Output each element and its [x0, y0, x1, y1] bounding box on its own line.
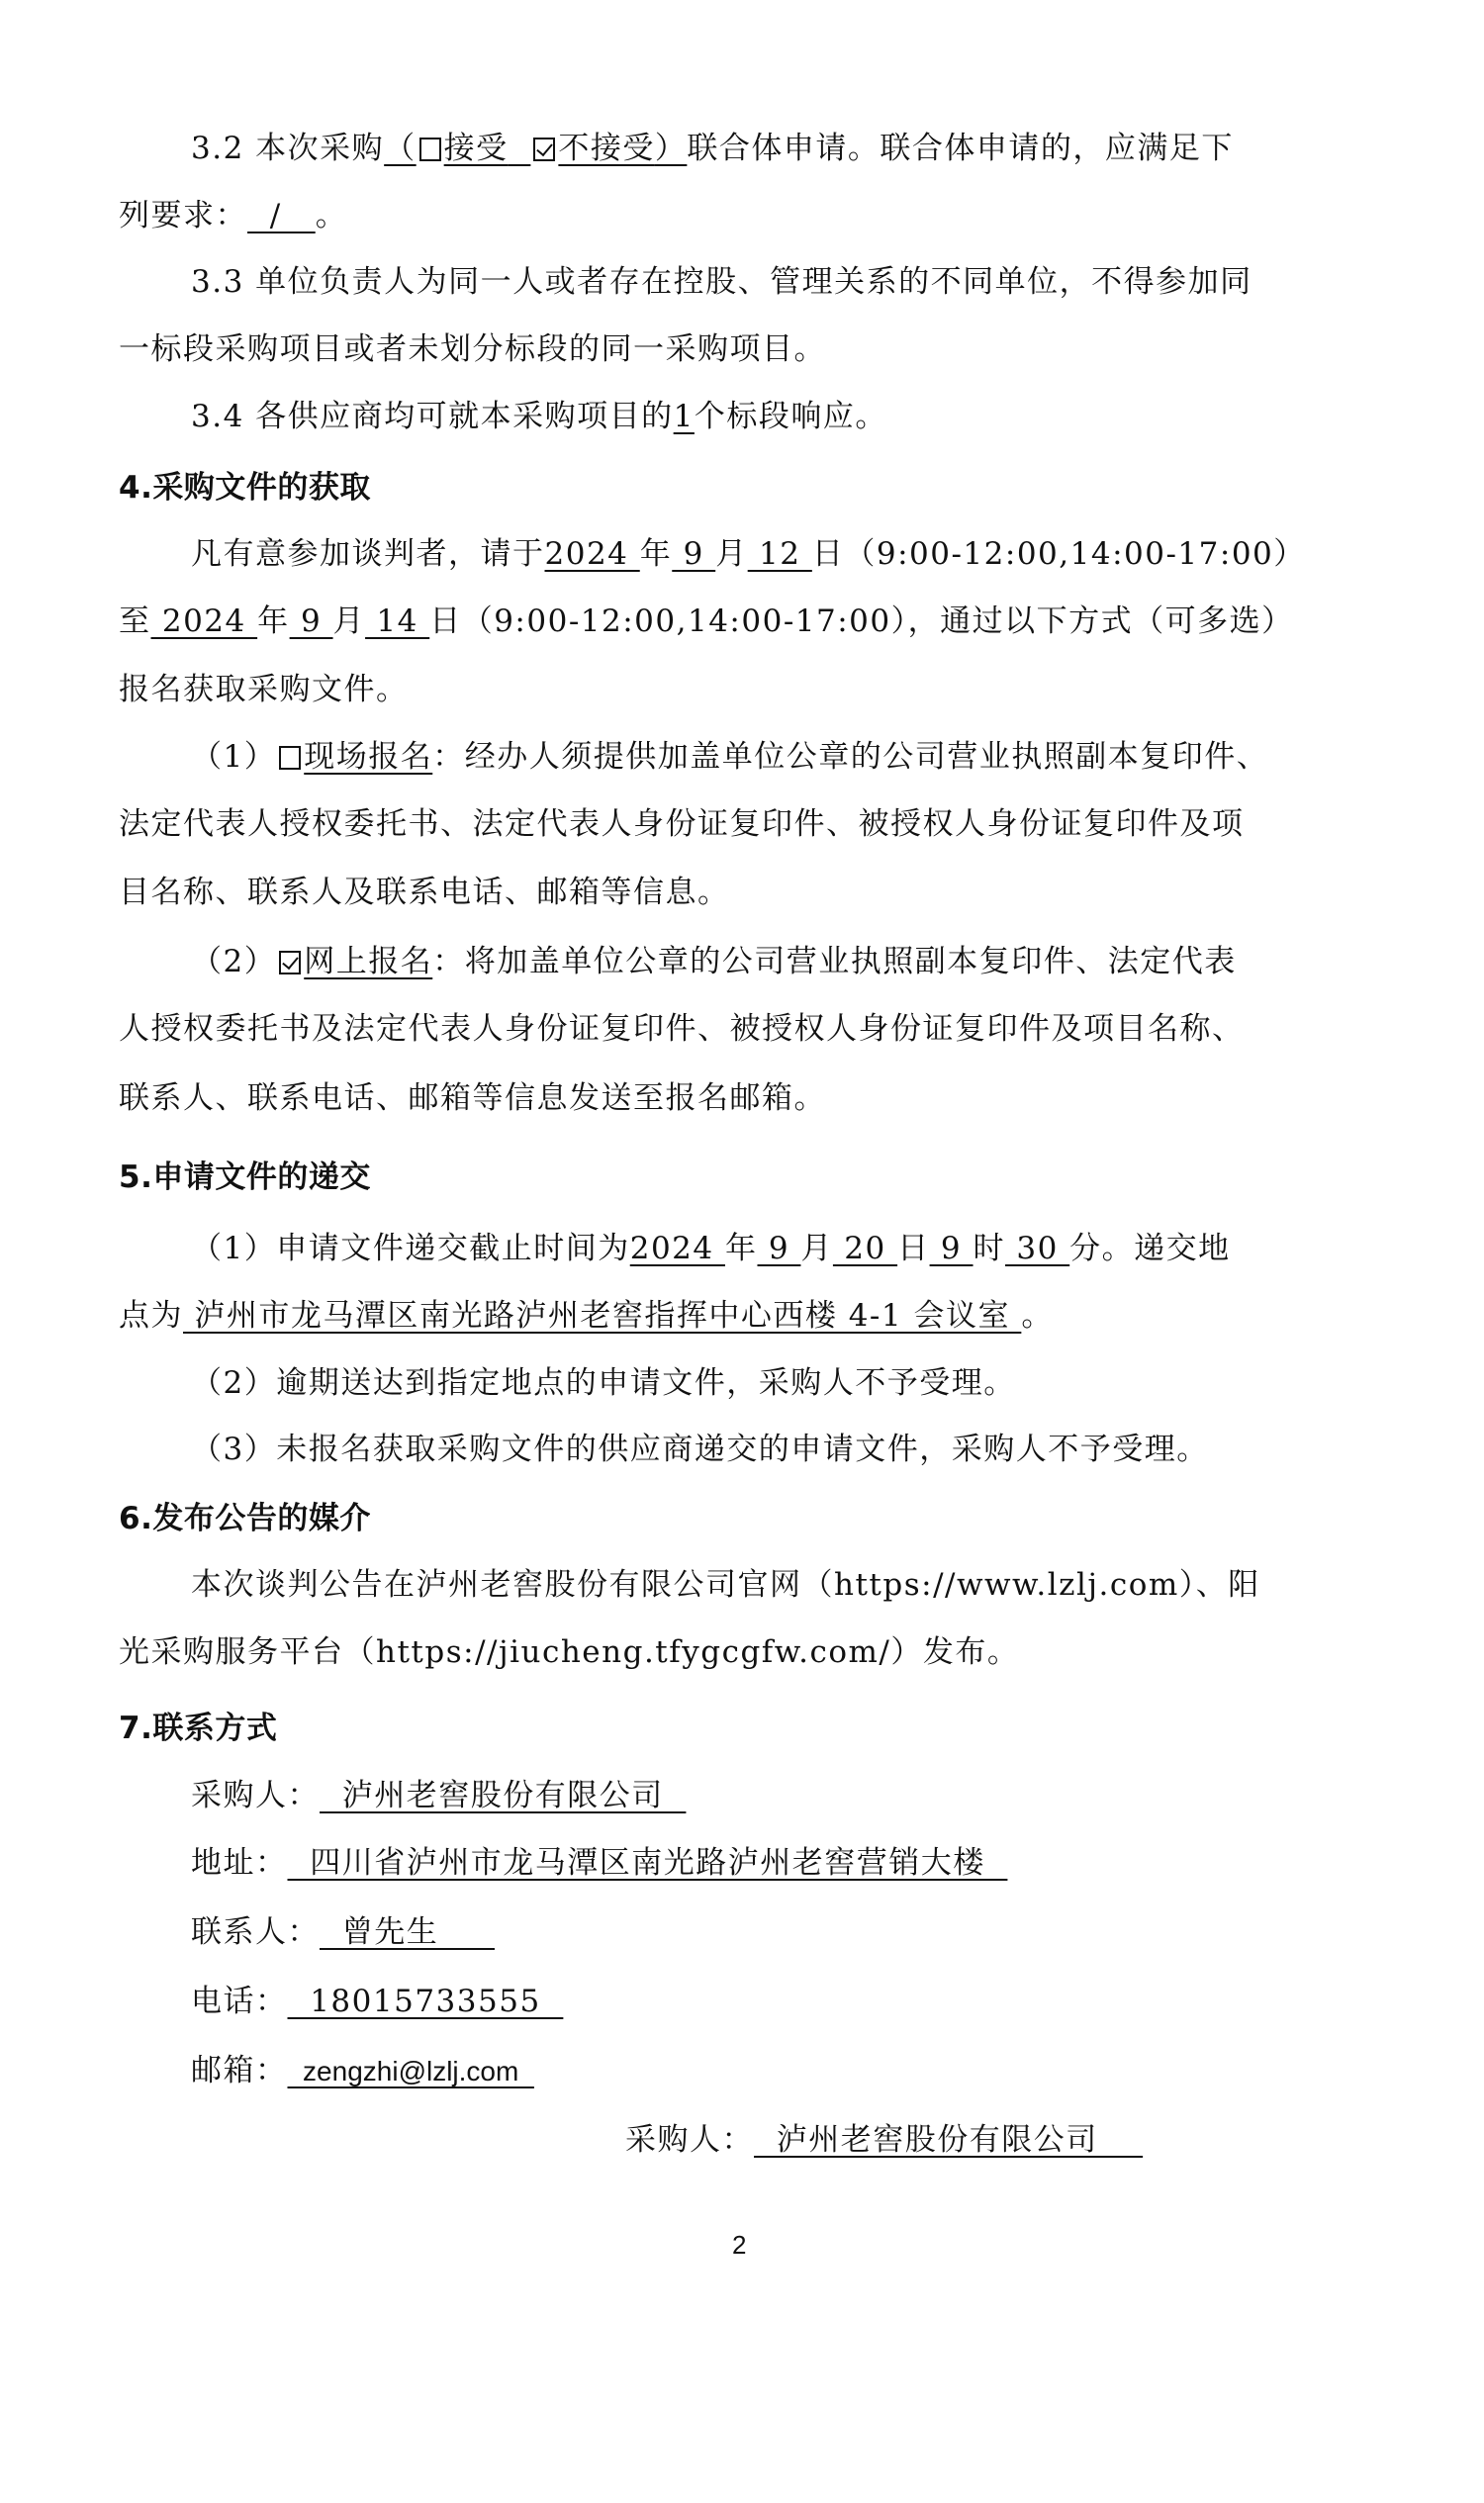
- para-3-2-line1: 3.2 本次采购（接受 不接受）联合体申请。联合体申请的，应满足下: [0, 127, 1484, 170]
- submission-location: 泸州市龙马潭区南光路泸州老窖指挥中心西楼 4-1 会议室: [183, 1298, 1021, 1334]
- deadline-prefix: （1）申请文件递交截止时间为: [191, 1231, 630, 1266]
- deadline-day: 20: [833, 1231, 897, 1266]
- media-line2: 光采购服务平台（https://jiucheng.tfygcgfw.com/）发…: [0, 1630, 1484, 1674]
- section-4-heading: 4.采购文件的获取: [0, 466, 1484, 510]
- end-hours-and-methods: （9:00-12:00,14:00-17:00），通过以下方式（可多选）: [462, 603, 1294, 639]
- year-label: 年: [640, 536, 673, 572]
- minute-label: 分。递交地: [1069, 1231, 1231, 1266]
- signature-line: 采购人： 泸州老窖股份有限公司: [0, 2118, 1484, 2162]
- onsite-registration-line2: 法定代表人授权委托书、法定代表人身份证复印件、被授权人身份证复印件及项: [0, 802, 1484, 846]
- deadline-month: 9: [757, 1231, 800, 1266]
- online-label: 网上报名: [304, 944, 432, 979]
- checkbox-reject-checked-icon: [533, 138, 555, 161]
- section-6-heading: 6.发布公告的媒介: [0, 1497, 1484, 1540]
- contact-email: 邮箱： zengzhi@lzlj.com: [0, 2049, 1484, 2092]
- onsite-text3: 目名称、联系人及联系电话、邮箱等信息。: [119, 871, 730, 914]
- start-day: 12: [748, 536, 812, 572]
- contact-value: 曾先生: [320, 1914, 495, 1950]
- requirements-value: /: [247, 198, 316, 233]
- contact-label: 联系人：: [191, 1914, 320, 1950]
- para-3-4-prefix: 3.4 各供应商均可就本采购项目的: [191, 399, 674, 434]
- paren-open: （: [384, 131, 417, 166]
- checkbox-onsite-icon: [279, 746, 301, 770]
- media-line1: 本次谈判公告在泸州老窖股份有限公司官网（https://www.lzlj.com…: [0, 1563, 1484, 1607]
- contact-address: 地址： 四川省泸州市龙马潭区南光路泸州老窖营销大楼: [0, 1841, 1484, 1885]
- end-month: 9: [290, 603, 333, 639]
- contact-value: 四川省泸州市龙马潭区南光路泸州老窖营销大楼: [288, 1845, 1008, 1881]
- intro-prefix: 凡有意参加谈判者，请于: [191, 536, 545, 572]
- paren-close: ）: [655, 131, 688, 166]
- end-year: 2024: [151, 603, 258, 639]
- hour-label: 时: [974, 1231, 1006, 1266]
- sec4-intro-line3: 报名获取采购文件。: [0, 668, 1484, 711]
- para-3-3-text2: 一标段采购项目或者未划分标段的同一采购项目。: [119, 327, 826, 371]
- checkbox-online-checked-icon: [279, 951, 301, 974]
- contact-phone: 电话： 18015733555: [0, 1980, 1484, 2023]
- contact-value: 18015733555: [288, 1984, 564, 2019]
- online-num: （2）: [191, 944, 276, 979]
- consortium-options: （接受 不接受）: [384, 131, 687, 166]
- para-3-3-text1: 3.3 单位负责人为同一人或者存在控股、管理关系的不同单位，不得参加同: [191, 260, 1252, 304]
- onsite-label: 现场报名: [304, 739, 432, 775]
- para-3-4-suffix: 个标段响应。: [695, 399, 887, 434]
- onsite-registration-option: 现场报名: [276, 739, 432, 775]
- year-label: 年: [725, 1231, 758, 1266]
- checkbox-accept-icon: [419, 138, 441, 161]
- submission-location-line: 点为 泸州市龙马潭区南光路泸州老窖指挥中心西楼 4-1 会议室 。: [0, 1294, 1484, 1338]
- para-3-2-prefix: 3.2 本次采购: [191, 131, 384, 166]
- month-label: 月: [715, 536, 748, 572]
- submission-item3-text: （3）未报名获取采购文件的供应商递交的申请文件，采购人不予受理。: [191, 1428, 1209, 1471]
- onsite-registration-line3: 目名称、联系人及联系电话、邮箱等信息。: [0, 871, 1484, 914]
- contact-purchaser: 采购人： 泸州老窖股份有限公司: [0, 1774, 1484, 1817]
- deadline-year: 2024: [630, 1231, 725, 1266]
- requirements-label: 列要求：: [119, 198, 247, 233]
- start-hours: （9:00-12:00,14:00-17:00）: [844, 536, 1305, 572]
- media-text1: 本次谈判公告在泸州老窖股份有限公司官网（https://www.lzlj.com…: [191, 1563, 1260, 1607]
- period: 。: [1021, 1298, 1054, 1334]
- signature-value: 泸州老窖股份有限公司: [754, 2122, 1143, 2158]
- start-year: 2024: [545, 536, 640, 572]
- online-text2: 人授权委托书及法定代表人身份证复印件、被授权人身份证复印件及项目名称、: [119, 1007, 1245, 1051]
- online-text3: 联系人、联系电话、邮箱等信息发送至报名邮箱。: [119, 1076, 826, 1120]
- contact-label: 地址：: [191, 1845, 288, 1881]
- onsite-num: （1）: [191, 739, 276, 775]
- section-5-heading: 5.申请文件的递交: [0, 1156, 1484, 1199]
- day-label: 日: [897, 1231, 930, 1266]
- deadline-minute: 30: [1005, 1231, 1069, 1266]
- contact-label: 邮箱：: [191, 2053, 288, 2088]
- period: 。: [316, 198, 348, 233]
- section-5-title: 5.申请文件的递交: [119, 1156, 371, 1199]
- location-prefix: 点为: [119, 1298, 183, 1334]
- option-gap: [509, 131, 531, 166]
- section-7-title: 7.联系方式: [119, 1707, 277, 1750]
- submission-item3: （3）未报名获取采购文件的供应商递交的申请文件，采购人不予受理。: [0, 1428, 1484, 1471]
- day-label: 日: [812, 536, 845, 572]
- signature-label: 采购人：: [625, 2122, 754, 2158]
- submission-item2-text: （2）逾期送达到指定地点的申请文件，采购人不予受理。: [191, 1361, 1016, 1405]
- intro-line3: 报名获取采购文件。: [119, 668, 409, 711]
- contact-value: 泸州老窖股份有限公司: [320, 1778, 686, 1813]
- para-3-4: 3.4 各供应商均可就本采购项目的1个标段响应。: [0, 395, 1484, 438]
- bid-section-count: 1: [674, 399, 695, 434]
- para-3-3-line1: 3.3 单位负责人为同一人或者存在控股、管理关系的不同单位，不得参加同: [0, 260, 1484, 304]
- online-registration-line3: 联系人、联系电话、邮箱等信息发送至报名邮箱。: [0, 1076, 1484, 1120]
- sec4-intro-line2: 至 2024 年 9 月 14 日（9:00-12:00,14:00-17:00…: [0, 600, 1484, 643]
- section-7-heading: 7.联系方式: [0, 1707, 1484, 1750]
- online-registration-line1: （2）网上报名：将加盖单位公章的公司营业执照副本复印件、法定代表: [0, 940, 1484, 983]
- onsite-registration-line1: （1）现场报名：经办人须提供加盖单位公章的公司营业执照副本复印件、: [0, 735, 1484, 779]
- contact-email-link[interactable]: zengzhi@lzlj.com: [288, 2056, 534, 2086]
- to-label: 至: [119, 603, 151, 639]
- deadline-hour: 9: [930, 1231, 974, 1266]
- year-label: 年: [257, 603, 290, 639]
- online-text1: ：将加盖单位公章的公司营业执照副本复印件、法定代表: [432, 944, 1237, 979]
- start-month: 9: [672, 536, 715, 572]
- online-registration-line2: 人授权委托书及法定代表人身份证复印件、被授权人身份证复印件及项目名称、: [0, 1007, 1484, 1051]
- submission-item2: （2）逾期送达到指定地点的申请文件，采购人不予受理。: [0, 1361, 1484, 1405]
- online-registration-option: 网上报名: [276, 944, 432, 979]
- para-3-2-suffix: 联合体申请。联合体申请的，应满足下: [687, 131, 1234, 166]
- contact-label: 采购人：: [191, 1778, 320, 1813]
- onsite-text1: ：经办人须提供加盖单位公章的公司营业执照副本复印件、: [432, 739, 1268, 775]
- onsite-text2: 法定代表人授权委托书、法定代表人身份证复印件、被授权人身份证复印件及项: [119, 802, 1245, 846]
- month-label: 月: [333, 603, 366, 639]
- media-text2: 光采购服务平台（https://jiucheng.tfygcgfw.com/）发…: [119, 1630, 1019, 1674]
- submission-deadline-line1: （1）申请文件递交截止时间为2024 年 9 月 20 日 9 时 30 分。递…: [0, 1227, 1484, 1270]
- month-label: 月: [800, 1231, 833, 1266]
- option-reject-label: 不接受: [558, 131, 655, 166]
- page-number: 2: [732, 2230, 746, 2261]
- day-label: 日: [429, 603, 462, 639]
- section-4-title: 4.采购文件的获取: [119, 466, 371, 510]
- sec4-intro-line1: 凡有意参加谈判者，请于2024 年 9 月 12 日（9:00-12:00,14…: [0, 532, 1484, 576]
- para-3-3-line2: 一标段采购项目或者未划分标段的同一采购项目。: [0, 327, 1484, 371]
- section-6-title: 6.发布公告的媒介: [119, 1497, 371, 1540]
- contact-person: 联系人： 曾先生: [0, 1910, 1484, 1954]
- para-3-2-line2: 列要求： / 。: [0, 194, 1484, 237]
- end-day: 14: [365, 603, 429, 639]
- contact-label: 电话：: [191, 1984, 288, 2019]
- option-accept-label: 接受: [444, 131, 509, 166]
